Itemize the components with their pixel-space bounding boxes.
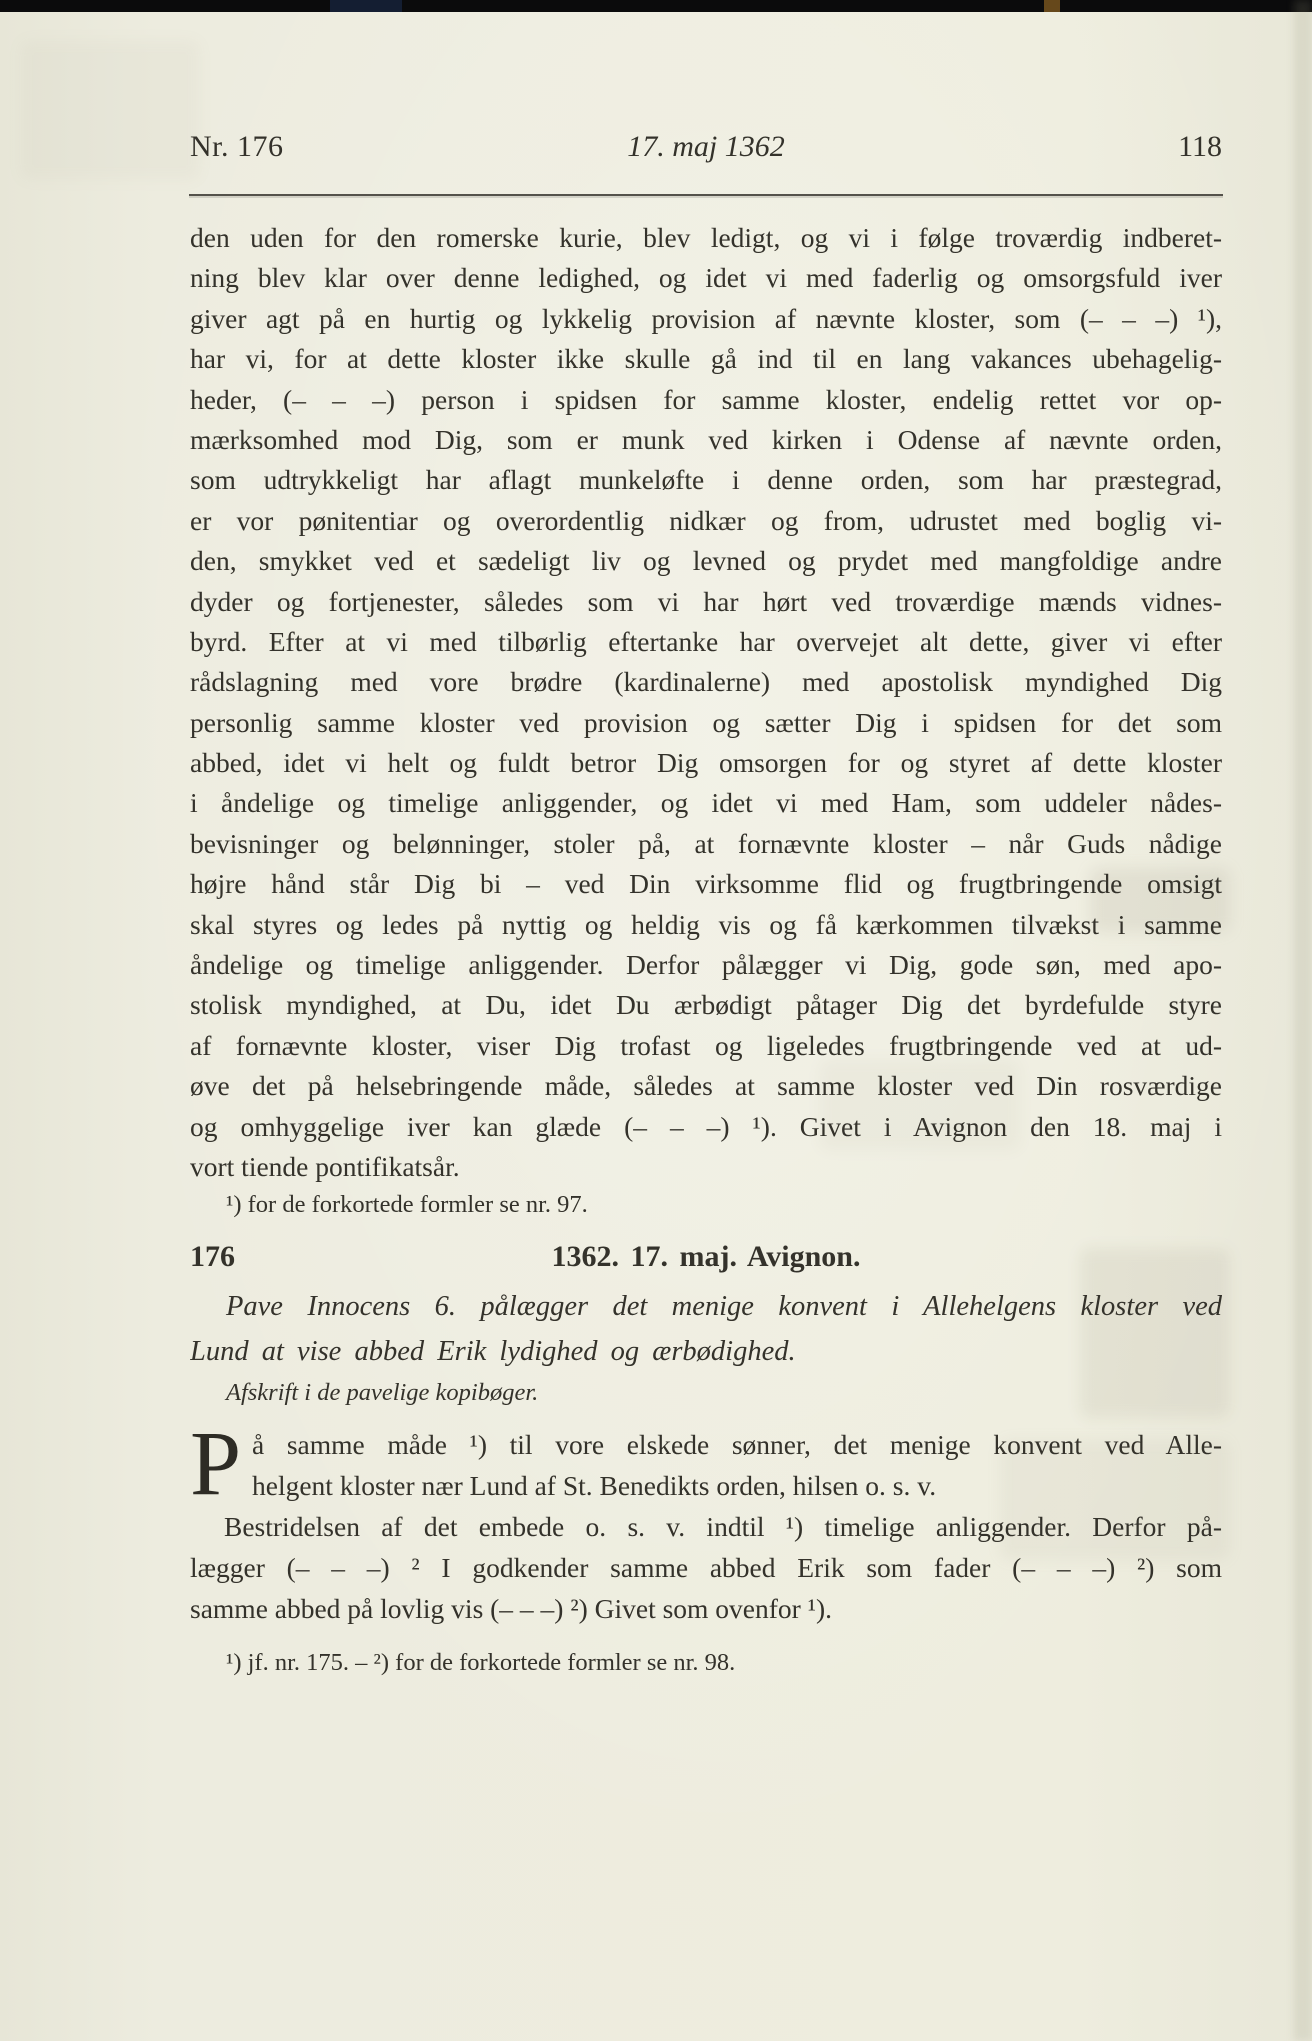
text-line: den uden for den romerske kurie, blev le… xyxy=(190,218,1222,258)
scanned-book-page: Nr. 176 17. maj 1362 118 den uden for de… xyxy=(0,0,1312,2041)
text-line: er vor pønitentiar og overordentlig nidk… xyxy=(190,501,1222,541)
text-line: Bestridelsen af det embede o. s. v. indt… xyxy=(190,1506,1222,1547)
text-line: i åndelige og timelige anliggender, og i… xyxy=(190,783,1222,823)
page-number: 118 xyxy=(1178,130,1222,164)
running-header: Nr. 176 17. maj 1362 118 xyxy=(190,130,1222,170)
text-line: højre hånd står Dig bi – ved Din virksom… xyxy=(190,864,1222,904)
text-line: lægger (– – –) ² I godkender samme abbed… xyxy=(190,1547,1222,1588)
text-line: vort tiende pontifikatsår. xyxy=(190,1147,1222,1187)
text-line: byrd. Efter at vi med tilbørlig eftertan… xyxy=(190,622,1222,662)
text-line: giver agt på en hurtig og lykkelig provi… xyxy=(190,299,1222,339)
entry-text-block: P å samme måde ¹) til vore elskede sønne… xyxy=(190,1424,1222,1629)
text-line: som udtrykkeligt har aflagt munkeløfte i… xyxy=(190,460,1222,500)
entry-summary: Pave Innocens 6. pålægger det menige kon… xyxy=(190,1284,1222,1374)
entry-date-place: 1362. 17. maj. Avignon. xyxy=(190,1240,1222,1274)
summary-line: Lund at vise abbed Erik lydighed og ærbø… xyxy=(190,1329,1222,1374)
footnote: ¹) for de forkortede formler se nr. 97. xyxy=(226,1190,1222,1220)
header-rule xyxy=(189,194,1223,196)
text-line: samme abbed på lovlig vis (– – –) ²) Giv… xyxy=(190,1588,1222,1629)
letter-text-block: den uden for den romerske kurie, blev le… xyxy=(190,218,1222,1187)
text-line: og omhyggelige iver kan glæde (– – –) ¹)… xyxy=(190,1107,1222,1147)
text-line: har vi, for at dette kloster ikke skulle… xyxy=(190,339,1222,379)
text-line: skal styres og ledes på nyttig og heldig… xyxy=(190,905,1222,945)
source-note: Afskrift i de pavelige kopibøger. xyxy=(226,1378,1222,1408)
summary-line: Pave Innocens 6. pålægger det menige kon… xyxy=(190,1284,1222,1329)
text-line: øve det på helsebringende måde, således … xyxy=(190,1066,1222,1106)
text-line: mærksomhed mod Dig, som er munk ved kirk… xyxy=(190,420,1222,460)
text-line: åndelige og timelige anliggender. Derfor… xyxy=(190,945,1222,985)
drop-cap: P xyxy=(190,1424,244,1506)
text-line: bevisninger og belønninger, stoler på, a… xyxy=(190,824,1222,864)
text-line: heder, (– – –) person i spidsen for samm… xyxy=(190,380,1222,420)
scan-edge-bar xyxy=(0,0,1312,12)
text-line: af fornævnte kloster, viser Dig trofast … xyxy=(190,1026,1222,1066)
footnote: ¹) jf. nr. 175. – ²) for de forkortede f… xyxy=(226,1648,1222,1678)
entry-heading: 176 1362. 17. maj. Avignon. xyxy=(190,1240,1222,1278)
running-header-date: 17. maj 1362 xyxy=(190,130,1222,164)
text-line: abbed, idet vi helt og fuldt betror Dig … xyxy=(190,743,1222,783)
text-line: helgent kloster nær Lund af St. Benedikt… xyxy=(252,1465,1222,1506)
text-line: dyder og fortjenester, således som vi ha… xyxy=(190,582,1222,622)
text-line: rådslagning med vore brødre (kardinalern… xyxy=(190,662,1222,702)
text-line: personlig samme kloster ved provision og… xyxy=(190,703,1222,743)
scan-edge-blue-tint xyxy=(330,0,402,12)
page-edge-shading xyxy=(1294,0,1312,2041)
text-line: å samme måde ¹) til vore elskede sønner,… xyxy=(252,1424,1222,1465)
text-line: den, smykket ved et sædeligt liv og levn… xyxy=(190,541,1222,581)
text-line: stolisk myndighed, at Du, idet Du ærbødi… xyxy=(190,985,1222,1025)
text-line: ning blev klar over denne ledighed, og i… xyxy=(190,258,1222,298)
paper-texture-smudge xyxy=(20,40,200,180)
scan-edge-amber-tint xyxy=(1044,0,1060,12)
